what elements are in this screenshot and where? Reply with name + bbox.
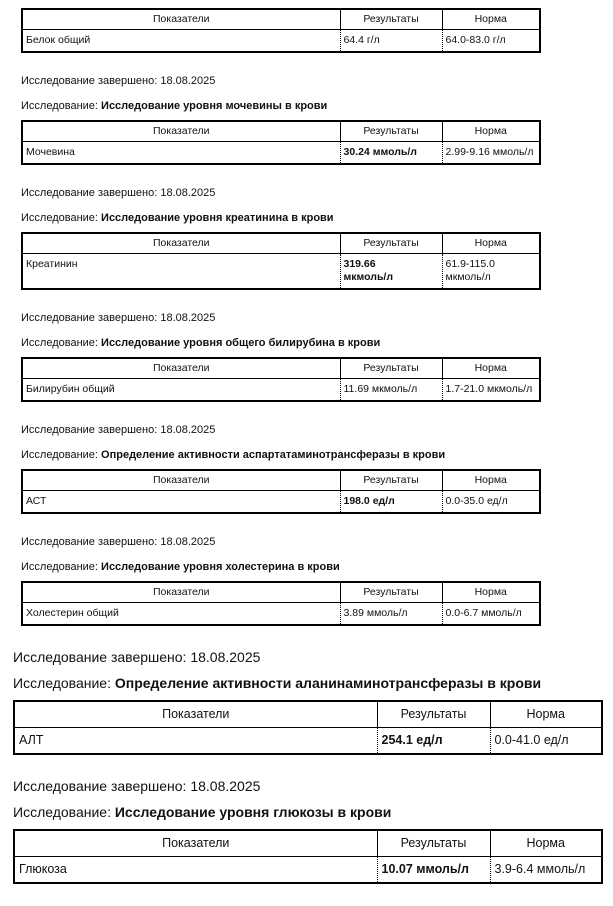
table-row: Глюкоза 10.07 ммоль/л 3.9-6.4 ммоль/л — [14, 857, 602, 884]
study-label: Исследование: — [13, 804, 111, 820]
result-value: 254.1 ед/л — [377, 728, 490, 755]
results-table: Показатели Результаты Норма АСТ 198.0 ед… — [21, 469, 541, 514]
indicator-name: Белок общий — [22, 30, 340, 53]
results-table: Показатели Результаты Норма Билирубин об… — [21, 357, 541, 402]
table-row: Холестерин общий 3.89 ммоль/л 0.0-6.7 мм… — [22, 603, 540, 626]
norm-value: 64.0-83.0 г/л — [442, 30, 540, 53]
col-header-norm: Норма — [442, 9, 540, 30]
results-table: Показатели Результаты Норма Креатинин 31… — [21, 232, 541, 290]
indicator-name: АСТ — [22, 491, 340, 514]
results-table: Показатели Результаты Норма Глюкоза 10.0… — [13, 829, 603, 884]
study-label: Исследование: — [21, 449, 98, 461]
lab-section-creatinine: Исследование завершено: 18.08.2025 Иссле… — [21, 187, 539, 290]
indicator-name: Креатинин — [22, 254, 340, 290]
study-label: Исследование: — [21, 100, 98, 112]
col-header-results: Результаты — [377, 830, 490, 857]
indicator-name: Глюкоза — [14, 857, 377, 884]
study-label: Исследование: — [21, 561, 98, 573]
completed-label: Исследование завершено: — [21, 187, 157, 199]
study-name: Определение активности аланинаминотрансф… — [115, 675, 541, 691]
completed-date: 18.08.2025 — [160, 312, 215, 324]
study-line: Исследование: Определение активности асп… — [21, 449, 539, 462]
col-header-norm: Норма — [442, 121, 540, 142]
lab-section-protein: Показатели Результаты Норма Белок общий … — [21, 8, 539, 53]
lab-section-alt: Исследование завершено: 18.08.2025 Иссле… — [13, 648, 602, 755]
table-row: Билирубин общий 11.69 мкмоль/л 1.7-21.0 … — [22, 379, 540, 402]
table-header-row: Показатели Результаты Норма — [22, 233, 540, 254]
lab-section-cholesterol: Исследование завершено: 18.08.2025 Иссле… — [21, 536, 539, 626]
col-header-norm: Норма — [490, 830, 602, 857]
completed-line: Исследование завершено: 18.08.2025 — [21, 312, 539, 325]
completed-date: 18.08.2025 — [160, 424, 215, 436]
col-header-indicators: Показатели — [22, 470, 340, 491]
indicator-name: АЛТ — [14, 728, 377, 755]
completed-line: Исследование завершено: 18.08.2025 — [21, 536, 539, 549]
study-label: Исследование: — [21, 337, 98, 349]
result-value: 3.89 ммоль/л — [340, 603, 442, 626]
col-header-indicators: Показатели — [14, 830, 377, 857]
table-header-row: Показатели Результаты Норма — [22, 121, 540, 142]
results-table: Показатели Результаты Норма Белок общий … — [21, 8, 541, 53]
study-line: Исследование: Исследование уровня холест… — [21, 561, 539, 574]
study-name: Определение активности аспартатаминотран… — [101, 449, 445, 461]
study-line: Исследование: Исследование уровня общего… — [21, 337, 539, 350]
table-row: Креатинин 319.66 мкмоль/л 61.9-115.0 мкм… — [22, 254, 540, 290]
col-header-results: Результаты — [340, 121, 442, 142]
table-row: Белок общий 64.4 г/л 64.0-83.0 г/л — [22, 30, 540, 53]
result-value: 10.07 ммоль/л — [377, 857, 490, 884]
completed-line: Исследование завершено: 18.08.2025 — [13, 777, 602, 795]
completed-line: Исследование завершено: 18.08.2025 — [13, 648, 602, 666]
study-line: Исследование: Исследование уровня мочеви… — [21, 100, 539, 113]
norm-value: 0.0-41.0 ед/л — [490, 728, 602, 755]
table-header-row: Показатели Результаты Норма — [22, 582, 540, 603]
col-header-results: Результаты — [340, 358, 442, 379]
lab-section-bilirubin: Исследование завершено: 18.08.2025 Иссле… — [21, 312, 539, 402]
col-header-norm: Норма — [442, 233, 540, 254]
table-row: АЛТ 254.1 ед/л 0.0-41.0 ед/л — [14, 728, 602, 755]
completed-date: 18.08.2025 — [160, 187, 215, 199]
result-value: 319.66 мкмоль/л — [340, 254, 442, 290]
col-header-indicators: Показатели — [22, 121, 340, 142]
result-value: 30.24 ммоль/л — [340, 142, 442, 165]
completed-line: Исследование завершено: 18.08.2025 — [21, 187, 539, 200]
completed-date: 18.08.2025 — [190, 778, 260, 794]
result-value: 11.69 мкмоль/л — [340, 379, 442, 402]
col-header-norm: Норма — [442, 358, 540, 379]
col-header-indicators: Показатели — [22, 9, 340, 30]
indicator-name: Мочевина — [22, 142, 340, 165]
table-row: Мочевина 30.24 ммоль/л 2.99-9.16 ммоль/л — [22, 142, 540, 165]
col-header-results: Результаты — [340, 470, 442, 491]
lab-report-page: Показатели Результаты Норма Белок общий … — [0, 0, 613, 906]
col-header-norm: Норма — [442, 470, 540, 491]
study-name: Исследование уровня глюкозы в крови — [115, 804, 392, 820]
table-header-row: Показатели Результаты Норма — [14, 701, 602, 728]
results-table: Показатели Результаты Норма АЛТ 254.1 ед… — [13, 700, 603, 755]
col-header-norm: Норма — [442, 582, 540, 603]
study-label: Исследование: — [21, 212, 98, 224]
study-name: Исследование уровня мочевины в крови — [101, 100, 327, 112]
norm-value: 61.9-115.0 мкмоль/л — [442, 254, 540, 290]
completed-label: Исследование завершено: — [13, 778, 186, 794]
col-header-results: Результаты — [340, 9, 442, 30]
col-header-results: Результаты — [377, 701, 490, 728]
study-line: Исследование: Исследование уровня глюкоз… — [13, 803, 602, 821]
study-name: Исследование уровня креатинина в крови — [101, 212, 334, 224]
table-header-row: Показатели Результаты Норма — [22, 470, 540, 491]
col-header-indicators: Показатели — [22, 358, 340, 379]
result-value: 198.0 ед/л — [340, 491, 442, 514]
completed-label: Исследование завершено: — [21, 312, 157, 324]
completed-label: Исследование завершено: — [21, 75, 157, 87]
norm-value: 0.0-6.7 ммоль/л — [442, 603, 540, 626]
indicator-name: Холестерин общий — [22, 603, 340, 626]
study-line: Исследование: Исследование уровня креати… — [21, 212, 539, 225]
completed-date: 18.08.2025 — [160, 536, 215, 548]
norm-value: 2.99-9.16 ммоль/л — [442, 142, 540, 165]
table-header-row: Показатели Результаты Норма — [22, 9, 540, 30]
col-header-norm: Норма — [490, 701, 602, 728]
col-header-indicators: Показатели — [22, 582, 340, 603]
indicator-name: Билирубин общий — [22, 379, 340, 402]
result-value: 64.4 г/л — [340, 30, 442, 53]
completed-line: Исследование завершено: 18.08.2025 — [21, 424, 539, 437]
study-line: Исследование: Определение активности ала… — [13, 674, 602, 692]
study-label: Исследование: — [13, 675, 111, 691]
completed-date: 18.08.2025 — [190, 649, 260, 665]
col-header-results: Результаты — [340, 582, 442, 603]
table-header-row: Показатели Результаты Норма — [22, 358, 540, 379]
table-row: АСТ 198.0 ед/л 0.0-35.0 ед/л — [22, 491, 540, 514]
completed-date: 18.08.2025 — [160, 75, 215, 87]
results-table: Показатели Результаты Норма Холестерин о… — [21, 581, 541, 626]
norm-value: 3.9-6.4 ммоль/л — [490, 857, 602, 884]
completed-line: Исследование завершено: 18.08.2025 — [21, 75, 539, 88]
lab-section-glucose: Исследование завершено: 18.08.2025 Иссле… — [13, 777, 602, 884]
study-name: Исследование уровня общего билирубина в … — [101, 337, 380, 349]
completed-label: Исследование завершено: — [13, 649, 186, 665]
study-name: Исследование уровня холестерина в крови — [101, 561, 340, 573]
col-header-indicators: Показатели — [22, 233, 340, 254]
norm-value: 0.0-35.0 ед/л — [442, 491, 540, 514]
completed-label: Исследование завершено: — [21, 424, 157, 436]
norm-value: 1.7-21.0 мкмоль/л — [442, 379, 540, 402]
col-header-indicators: Показатели — [14, 701, 377, 728]
results-table: Показатели Результаты Норма Мочевина 30.… — [21, 120, 541, 165]
col-header-results: Результаты — [340, 233, 442, 254]
lab-section-ast: Исследование завершено: 18.08.2025 Иссле… — [21, 424, 539, 514]
completed-label: Исследование завершено: — [21, 536, 157, 548]
lab-section-urea: Исследование завершено: 18.08.2025 Иссле… — [21, 75, 539, 165]
table-header-row: Показатели Результаты Норма — [14, 830, 602, 857]
